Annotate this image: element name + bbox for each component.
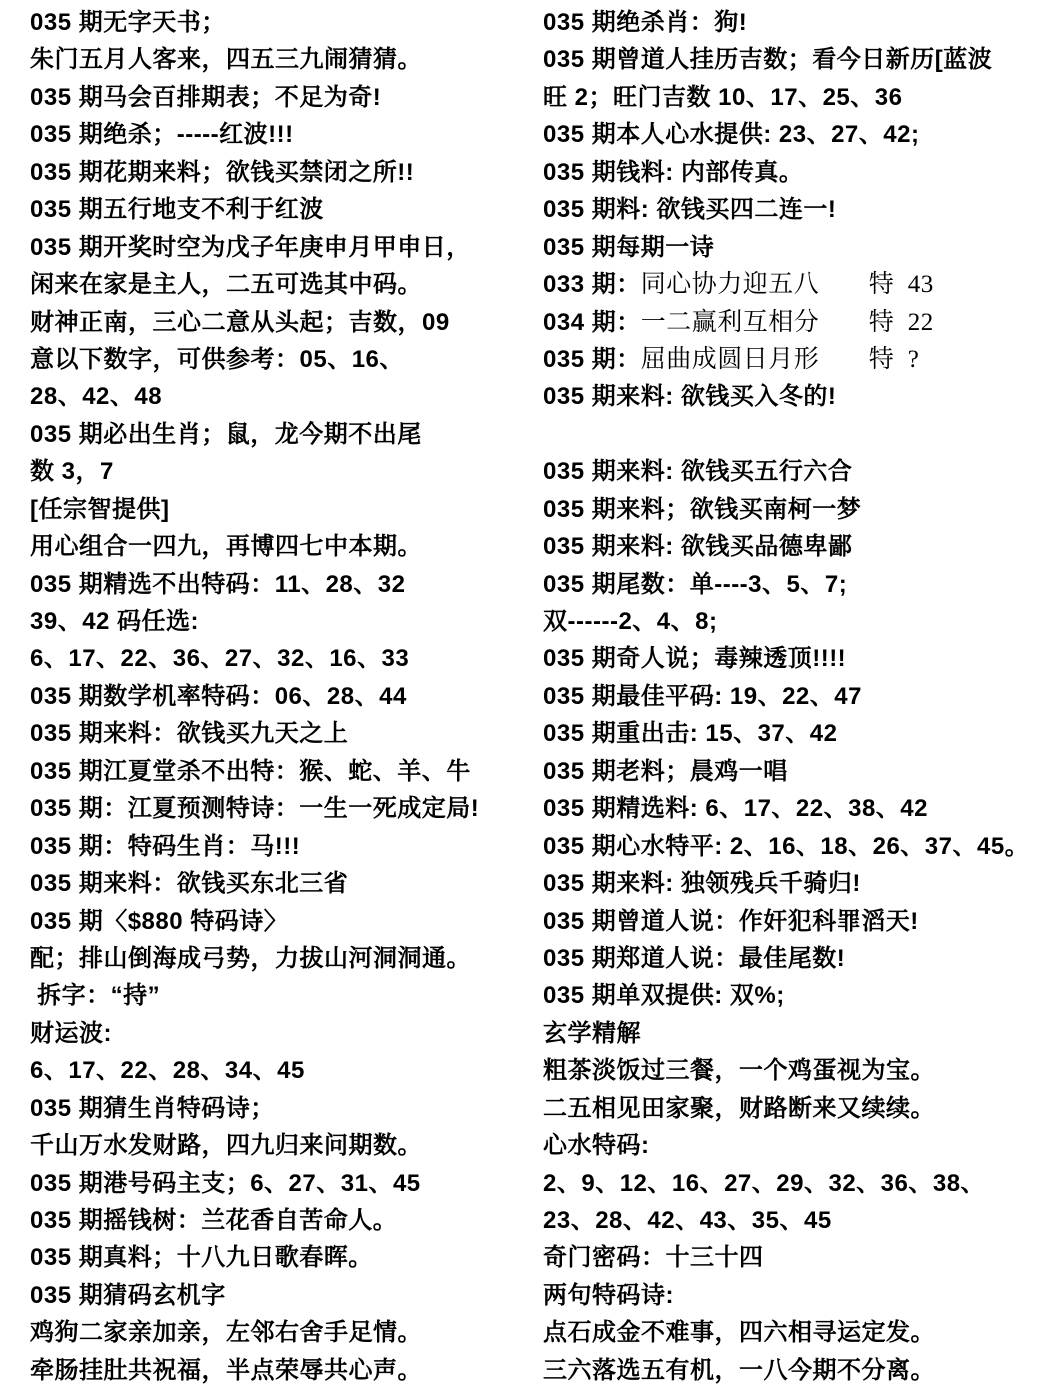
poem-history-line: 035 期：屈曲成圆日月形特 ? xyxy=(543,341,1039,378)
special-number-value: 特 ? xyxy=(869,346,920,373)
text-line: 035 期摇钱树：兰花香自苦命人。 xyxy=(30,1202,535,1239)
text-line: 035 期：江夏预测特诗：一生一死成定局! xyxy=(30,790,535,827)
text-line: 035 期来料: 欲钱买五行六合 xyxy=(543,453,1039,490)
text-line: 财运波: xyxy=(30,1015,535,1052)
text-line: 旺 2；旺门吉数 10、17、25、36 xyxy=(543,79,1039,116)
poem-issue-prefix: 035 期： xyxy=(543,346,641,373)
text-line: 035 期〈$880 特码诗〉 xyxy=(30,903,535,940)
text-line: 配；排山倒海成弓势，力拔山河洞洞通。 xyxy=(30,940,535,977)
text-line: 数 3，7 xyxy=(30,453,535,490)
text-line: 财神正南，三心二意从头起；吉数，09 xyxy=(30,304,535,341)
text-line: 035 期无字天书； xyxy=(30,4,535,41)
poem-text: 一二赢利互相分 xyxy=(641,304,869,341)
text-line: 035 期必出生肖；鼠，龙今期不出尾 xyxy=(30,416,535,453)
text-line: 奇门密码：十三十四 xyxy=(543,1239,1039,1276)
text-line: 035 期开奖时空为戊子年庚申月甲申日， xyxy=(30,229,535,266)
text-line: 闲来在家是主人，二五可选其中码。 xyxy=(30,266,535,303)
text-line: 035 期：特码生肖：马!!! xyxy=(30,828,535,865)
text-line: 玄学精解 xyxy=(543,1015,1039,1052)
text-line: 28、42、48 xyxy=(30,378,535,415)
blank-line xyxy=(543,416,1039,453)
poem-text: 同心协力迎五八 xyxy=(641,266,869,303)
text-line: 朱门五月人客来，四五三九闹猜猜。 xyxy=(30,41,535,78)
text-line: 035 期港号码主支；6、27、31、45 xyxy=(30,1165,535,1202)
text-line: 二五相见田家聚，财路断来又续续。 xyxy=(543,1090,1039,1127)
tip-sheet-page: 035 期无字天书；朱门五月人客来，四五三九闹猜猜。035 期马会百排期表；不足… xyxy=(0,0,1041,1388)
text-line: 035 期来料：欲钱买九天之上 xyxy=(30,715,535,752)
text-line: 6、17、22、36、27、32、16、33 xyxy=(30,640,535,677)
poem-history-line: 034 期：一二赢利互相分特 22 xyxy=(543,304,1039,341)
text-line: 035 期心水特平: 2、16、18、26、37、45。 xyxy=(543,828,1039,865)
right-column: 035 期绝杀肖：狗!035 期曾道人挂历吉数；看今日新历[蓝波旺 2；旺门吉数… xyxy=(543,4,1039,1388)
text-line: 035 期来料；欲钱买南柯一梦 xyxy=(543,491,1039,528)
text-line: 035 期来料：欲钱买东北三省 xyxy=(30,865,535,902)
text-line: 035 期猜生肖特码诗； xyxy=(30,1090,535,1127)
text-line: 千山万水发财路，四九归来问期数。 xyxy=(30,1127,535,1164)
text-line: 035 期本人心水提供: 23、27、42; xyxy=(543,116,1039,153)
text-line: 035 期钱料: 内部传真。 xyxy=(543,154,1039,191)
text-line: [任宗智提供] xyxy=(30,491,535,528)
text-line: 用心组合一四九，再博四七中本期。 xyxy=(30,528,535,565)
text-line: 035 期江夏堂杀不出特：猴、蛇、羊、牛 xyxy=(30,753,535,790)
poem-text: 屈曲成圆日月形 xyxy=(641,341,869,378)
text-line: 035 期曾道人挂历吉数；看今日新历[蓝波 xyxy=(543,41,1039,78)
text-line: 035 期奇人说；毒辣透顶!!!! xyxy=(543,640,1039,677)
text-line: 点石成金不难事，四六相寻运定发。 xyxy=(543,1314,1039,1351)
text-line: 035 期每期一诗 xyxy=(543,229,1039,266)
text-line: 035 期花期来料；欲钱买禁闭之所!! xyxy=(30,154,535,191)
text-line: 035 期绝杀肖：狗! xyxy=(543,4,1039,41)
text-line: 39、42 码任选: xyxy=(30,603,535,640)
text-line: 035 期猜码玄机字 xyxy=(30,1277,535,1314)
text-line: 两句特码诗: xyxy=(543,1277,1039,1314)
text-line: 035 期料: 欲钱买四二连一! xyxy=(543,191,1039,228)
left-column: 035 期无字天书；朱门五月人客来，四五三九闹猜猜。035 期马会百排期表；不足… xyxy=(30,4,535,1388)
text-line: 035 期真料；十八九日歌春晖。 xyxy=(30,1239,535,1276)
text-line: 035 期马会百排期表；不足为奇! xyxy=(30,79,535,116)
text-line: 鸡狗二家亲加亲，左邻右舍手足情。 xyxy=(30,1314,535,1351)
text-line: 035 期单双提供: 双%; xyxy=(543,977,1039,1014)
text-line: 23、28、42、43、35、45 xyxy=(543,1202,1039,1239)
text-line: 粗茶淡饭过三餐，一个鸡蛋视为宝。 xyxy=(543,1052,1039,1089)
text-line: 035 期曾道人说：作奸犯科罪滔天! xyxy=(543,903,1039,940)
text-line: 牵肠挂肚共祝福，半点荣辱共心声。 xyxy=(30,1352,535,1388)
text-line: 035 期最佳平码: 19、22、47 xyxy=(543,678,1039,715)
text-line: 035 期老料；晨鸡一唱 xyxy=(543,753,1039,790)
text-line: 035 期五行地支不利于红波 xyxy=(30,191,535,228)
poem-issue-prefix: 033 期： xyxy=(543,271,641,298)
poem-issue-prefix: 034 期： xyxy=(543,309,641,336)
text-line: 035 期重出击: 15、37、42 xyxy=(543,715,1039,752)
text-line: 2、9、12、16、27、29、32、36、38、 xyxy=(543,1165,1039,1202)
text-line: 035 期尾数：单----3、5、7; xyxy=(543,566,1039,603)
text-line: 035 期绝杀；-----红波!!! xyxy=(30,116,535,153)
special-number-value: 特 22 xyxy=(869,309,934,336)
text-line: 心水特码: xyxy=(543,1127,1039,1164)
text-line: 6、17、22、28、34、45 xyxy=(30,1052,535,1089)
special-number-value: 特 43 xyxy=(869,271,934,298)
text-line: 035 期数学机率特码：06、28、44 xyxy=(30,678,535,715)
text-line: 035 期精选料: 6、17、22、38、42 xyxy=(543,790,1039,827)
text-line: 意以下数字，可供参考：05、16、 xyxy=(30,341,535,378)
text-line: 035 期来料: 欲钱买入冬的! xyxy=(543,378,1039,415)
text-line: 三六落选五有机，一八今期不分离。 xyxy=(543,1352,1039,1388)
text-line: 035 期精选不出特码：11、28、32 xyxy=(30,566,535,603)
text-line: 双------2、4、8; xyxy=(543,603,1039,640)
text-line: 035 期来料: 欲钱买品德卑鄙 xyxy=(543,528,1039,565)
poem-history-line: 033 期：同心协力迎五八特 43 xyxy=(543,266,1039,303)
text-line: 035 期来料: 独领残兵千骑归! xyxy=(543,865,1039,902)
text-line: 拆字：“持” xyxy=(30,977,535,1014)
text-line: 035 期郑道人说：最佳尾数! xyxy=(543,940,1039,977)
